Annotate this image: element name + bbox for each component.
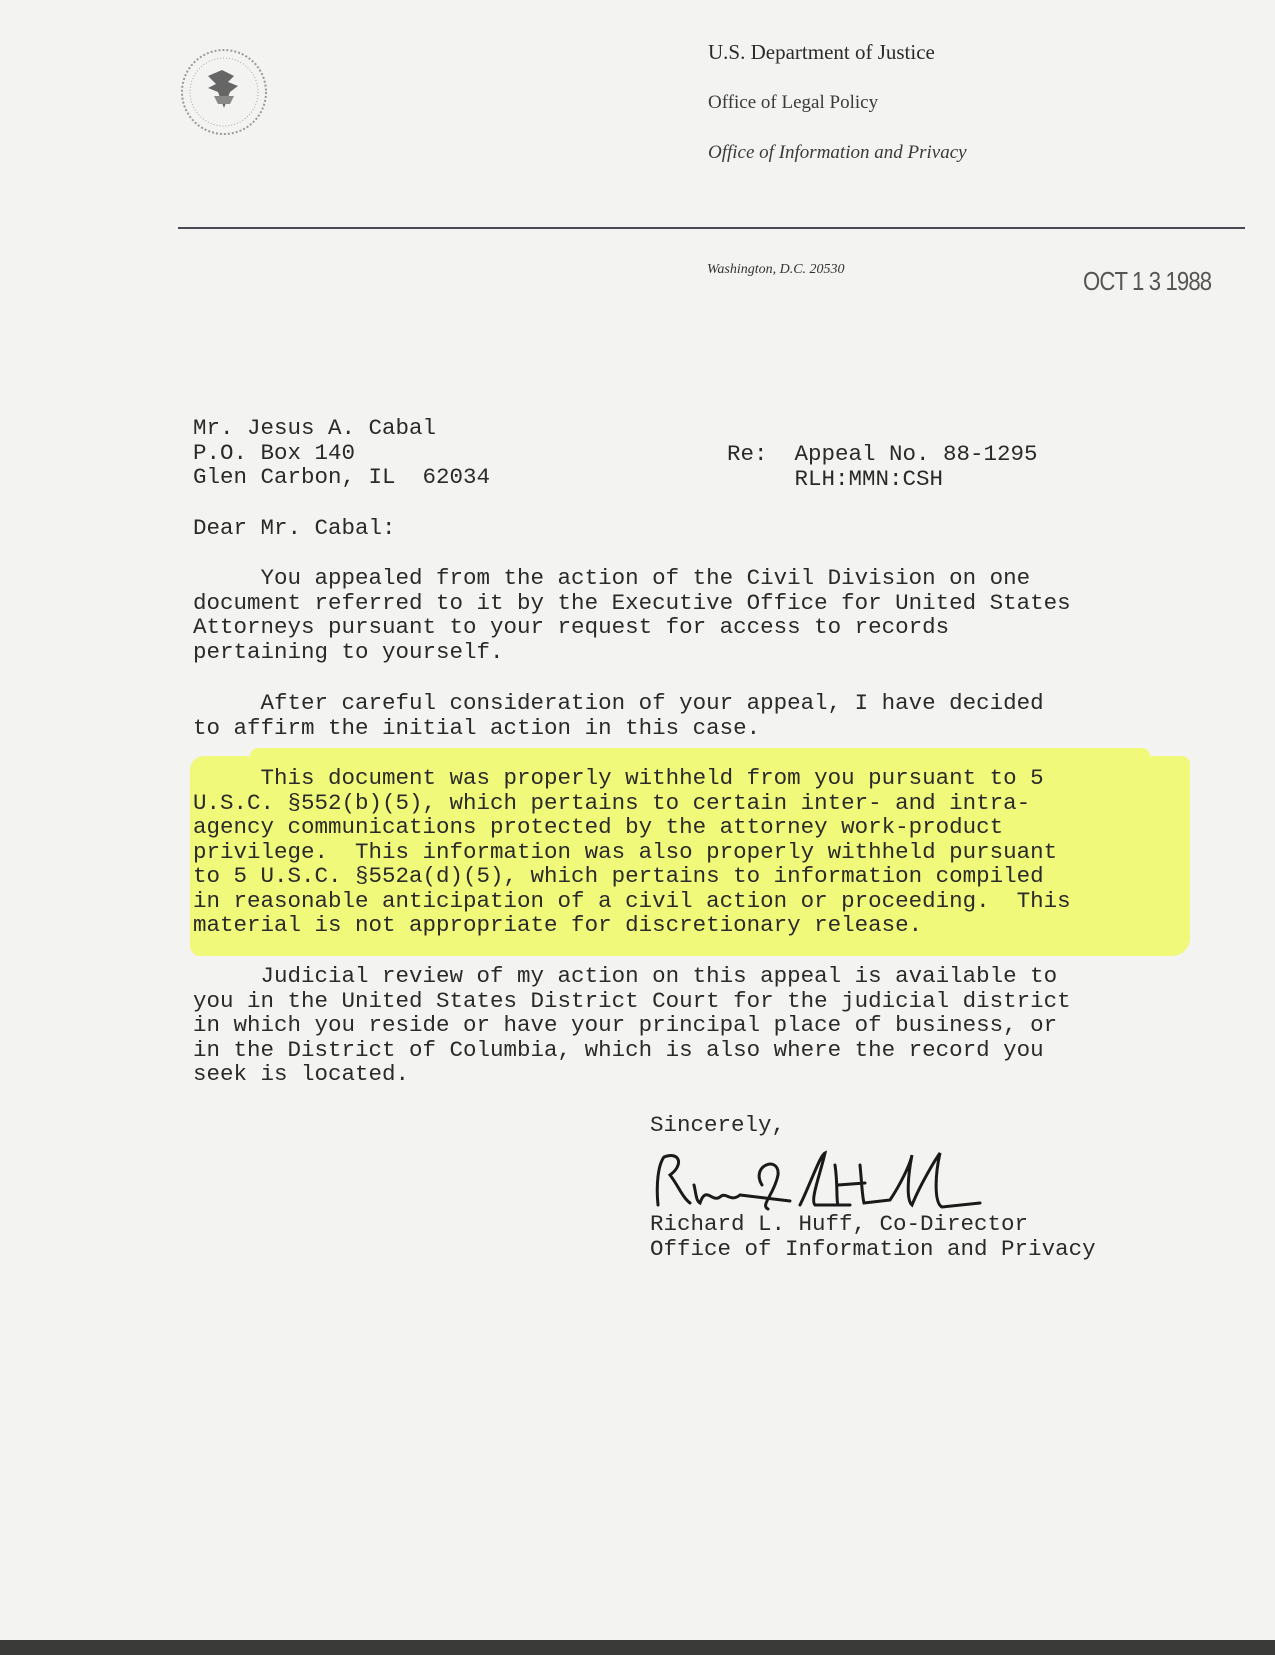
handwritten-signature-icon <box>650 1145 990 1215</box>
signer-block: Richard L. Huff, Co-Director Office of I… <box>650 1212 1096 1261</box>
doj-seal-icon <box>178 46 270 138</box>
reference-line: Re: Appeal No. 88-1295 RLH:MMN:CSH <box>727 442 1038 491</box>
letterhead-divider <box>178 227 1245 229</box>
valediction: Sincerely, <box>650 1113 785 1138</box>
department-name: U.S. Department of Justice <box>708 40 935 65</box>
letter-page: U.S. Department of Justice Office of Leg… <box>0 0 1275 1640</box>
office-name: Office of Legal Policy <box>708 92 878 114</box>
paragraph-decision: After careful consideration of your appe… <box>193 691 1044 740</box>
date-stamp: OCT 1 3 1988 <box>1083 266 1211 297</box>
recipient-address: Mr. Jesus A. Cabal P.O. Box 140 Glen Car… <box>193 416 490 490</box>
paragraph-appeal: You appealed from the action of the Civi… <box>193 566 1071 664</box>
paragraph-judicial-review: Judicial review of my action on this app… <box>193 964 1071 1087</box>
paragraph-withholding: This document was properly withheld from… <box>193 766 1071 938</box>
salutation: Dear Mr. Cabal: <box>193 516 396 541</box>
sub-office-name: Office of Information and Privacy <box>708 142 967 164</box>
office-address: Washington, D.C. 20530 <box>707 262 845 278</box>
